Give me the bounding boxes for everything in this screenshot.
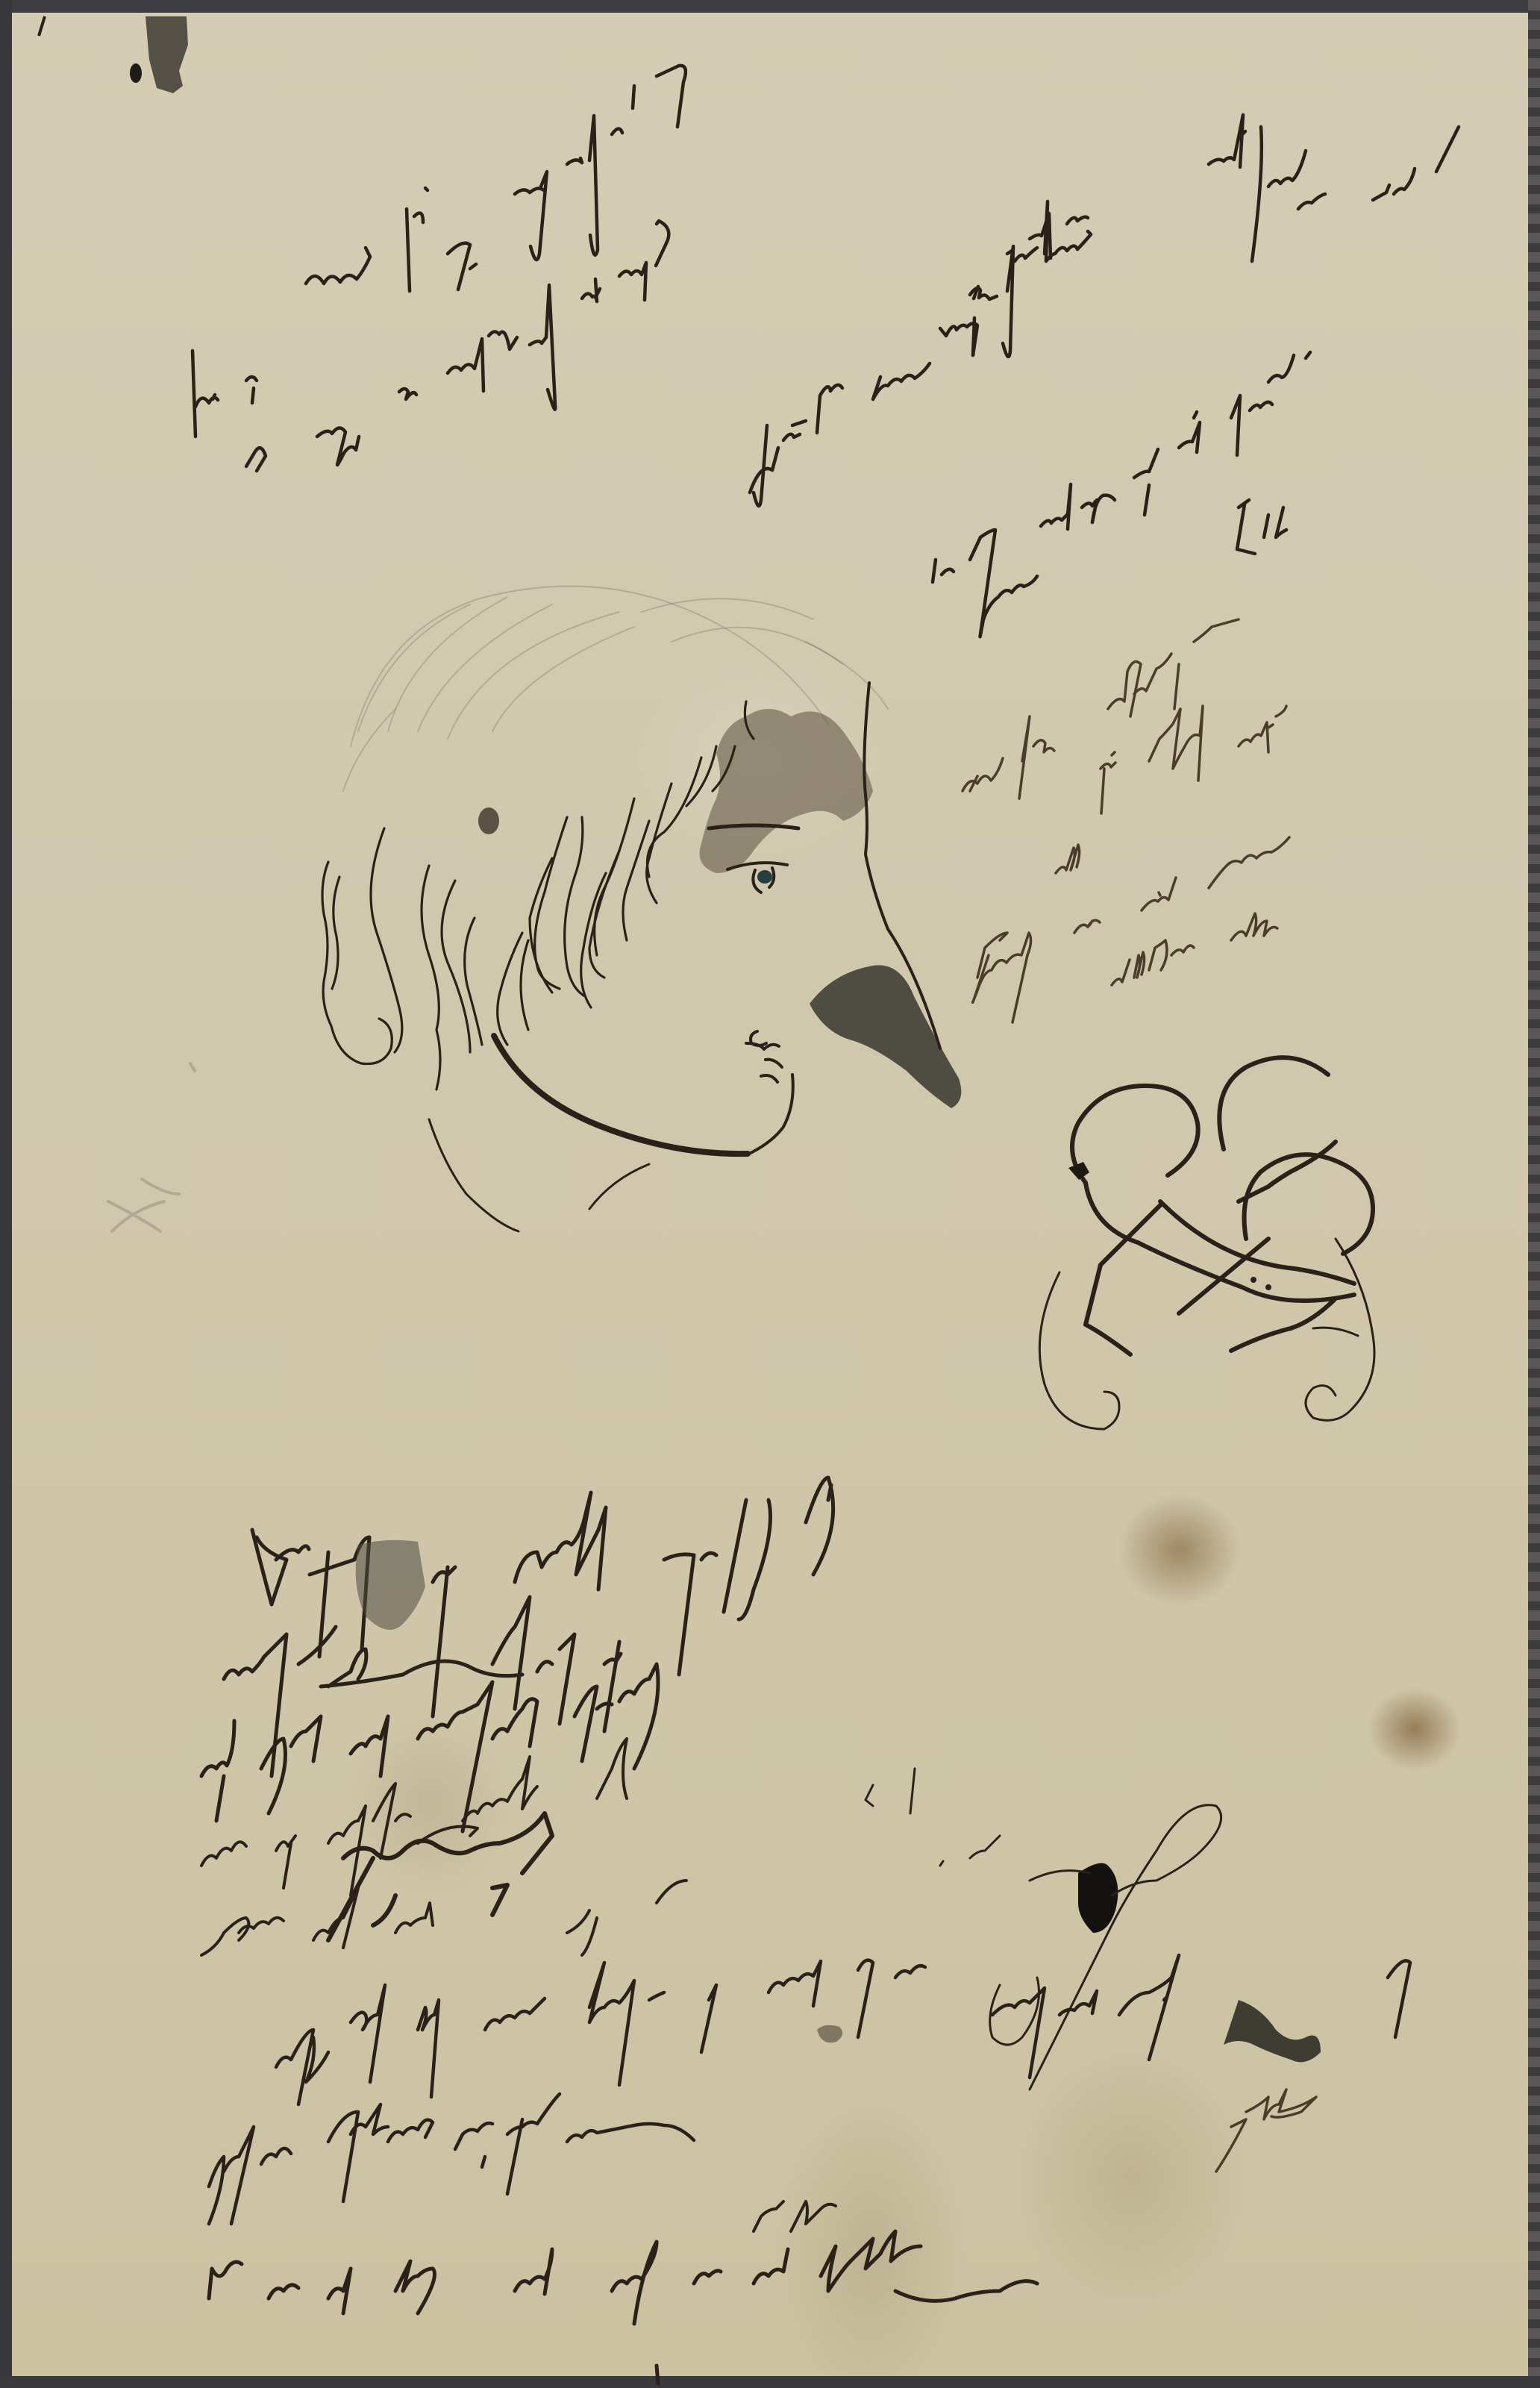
manuscript-artwork	[0, 0, 1540, 2388]
ink-blot-top-left	[39, 16, 188, 93]
top-verse-block	[192, 66, 1459, 637]
bottom-verse-block	[201, 1478, 1410, 2384]
pencil-marks	[108, 1063, 195, 1231]
right-verse-block	[962, 619, 1289, 1022]
handwriting-line	[192, 66, 1459, 637]
profile-sketch	[322, 586, 961, 1231]
monogram-flourish	[1039, 1057, 1374, 1429]
